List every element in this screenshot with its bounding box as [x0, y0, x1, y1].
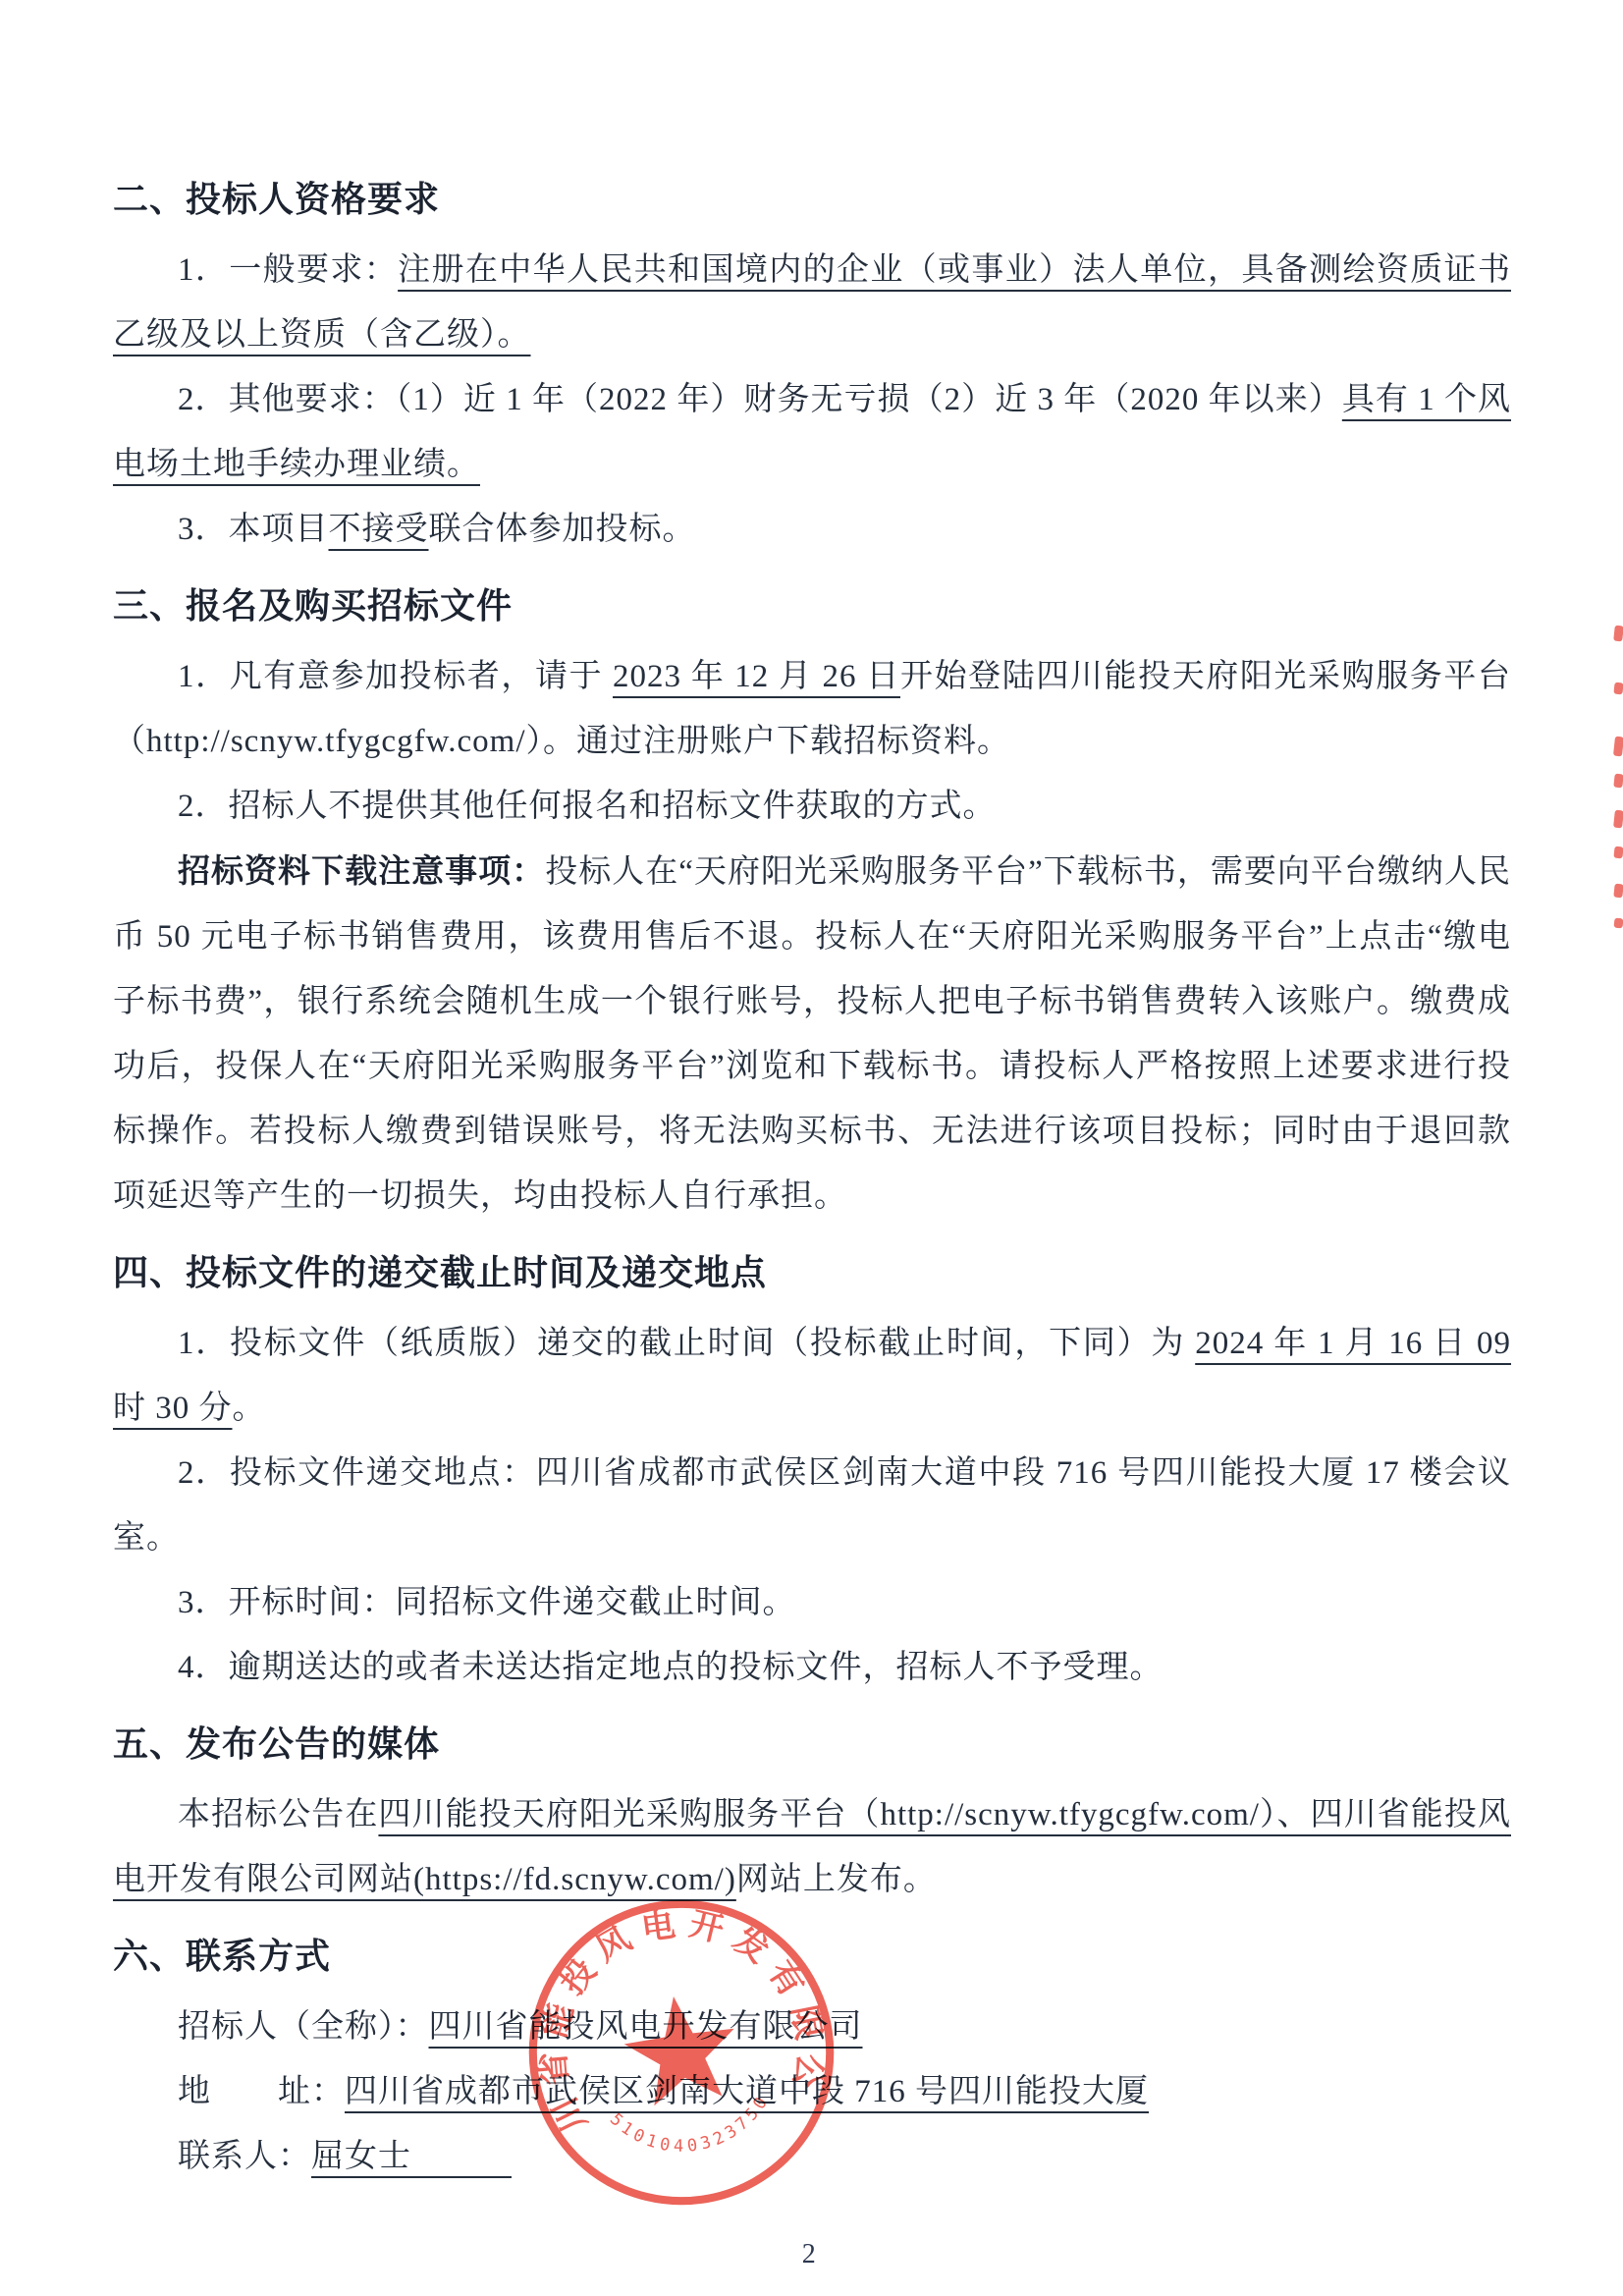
document-page: 二、投标人资格要求1．一般要求：注册在中华人民共和国境内的企业（或事业）法人单位…: [0, 0, 1623, 2296]
section-heading: 五、发布公告的媒体: [113, 1712, 1511, 1777]
paragraph: 4．逾期送达的或者未送达指定地点的投标文件，招标人不予受理。: [113, 1635, 1511, 1700]
paragraph: 2．招标人不提供其他任何报名和招标文件获取的方式。: [113, 774, 1511, 839]
paragraph: 2．其他要求：（1）近 1 年（2022 年）财务无亏损（2）近 3 年（202…: [113, 367, 1511, 497]
underlined-text: 四川省成都市武侯区剑南大道中段 716 号四川能投大厦: [345, 2074, 1149, 2109]
bold-label: 招标资料下载注意事项：: [178, 852, 545, 889]
underlined-text: 四川省能投风电开发有限公司: [429, 2009, 863, 2045]
red-mark: [1613, 847, 1623, 859]
underlined-text: 不接受: [329, 512, 429, 547]
red-mark: [1613, 626, 1623, 642]
red-mark: [1613, 774, 1623, 789]
paragraph: 1．凡有意参加投标者，请于 2023 年 12 月 26 日开始登陆四川能投天府…: [113, 644, 1511, 774]
paragraph: 地 址：四川省成都市武侯区剑南大道中段 716 号四川能投大厦: [113, 2059, 1511, 2124]
paragraph: 2．投标文件递交地点：四川省成都市武侯区剑南大道中段 716 号四川能投大厦 1…: [113, 1441, 1511, 1570]
paragraph: 3．开标时间：同招标文件递交截止时间。: [113, 1570, 1511, 1635]
paragraph: 1．一般要求：注册在中华人民共和国境内的企业（或事业）法人单位，具备测绘资质证书…: [113, 238, 1511, 367]
section-heading: 四、投标文件的递交截止时间及递交地点: [113, 1240, 1511, 1305]
text-run: 联系人：: [178, 2139, 311, 2174]
text-run: 1．一般要求：: [178, 252, 398, 288]
red-mark: [1613, 884, 1623, 899]
underlined-text: 屈女士: [311, 2139, 512, 2174]
text-run: 网站上发布。: [736, 1862, 937, 1897]
red-mark: [1614, 918, 1623, 929]
text-run: 1．凡有意参加投标者，请于: [178, 659, 613, 694]
underlined-text: 2023 年 12 月 26 日: [613, 659, 900, 694]
red-mark: [1613, 683, 1623, 695]
text-run: 4．逾期送达的或者未送达指定地点的投标文件，招标人不予受理。: [178, 1650, 1163, 1685]
text-run: 2．招标人不提供其他任何报名和招标文件获取的方式。: [178, 789, 997, 824]
paragraph: 联系人：屈女士: [113, 2124, 1511, 2189]
paragraph: 1．投标文件（纸质版）递交的截止时间（投标截止时间，下同）为 2024 年 1 …: [113, 1311, 1511, 1441]
paragraph: 本招标公告在四川能投天府阳光采购服务平台（http://scnyw.tfygcg…: [113, 1782, 1511, 1912]
text-run: 1．投标文件（纸质版）递交的截止时间（投标截止时间，下同）为: [178, 1326, 1195, 1361]
red-mark: [1613, 737, 1623, 757]
paragraph: 招标人（全称）：四川省能投风电开发有限公司: [113, 1995, 1511, 2059]
page-number: 2: [802, 2239, 816, 2270]
text-run: 。: [233, 1391, 266, 1426]
text-run: 地 址：: [178, 2074, 345, 2109]
section-heading: 三、报名及购买招标文件: [113, 574, 1511, 638]
text-run: 本招标公告在: [178, 1797, 378, 1832]
red-mark: [1613, 810, 1623, 829]
document-content: 二、投标人资格要求1．一般要求：注册在中华人民共和国境内的企业（或事业）法人单位…: [113, 155, 1511, 2189]
red-margin-marks: [1607, 589, 1623, 962]
paragraph: 招标资料下载注意事项：投标人在“天府阳光采购服务平台”下载标书，需要向平台缴纳人…: [113, 839, 1511, 1229]
section-heading: 六、联系方式: [113, 1924, 1511, 1989]
text-run: 招标人（全称）：: [178, 2009, 429, 2045]
text-run: 2．投标文件递交地点：四川省成都市武侯区剑南大道中段 716 号四川能投大厦 1…: [113, 1455, 1511, 1556]
text-run: 联合体参加投标。: [429, 512, 696, 547]
text-run: 2．其他要求：（1）近 1 年（2022 年）财务无亏损（2）近 3 年（202…: [178, 382, 1342, 417]
text-run: 3．开标时间：同招标文件递交截止时间。: [178, 1585, 796, 1620]
paragraph: 3．本项目不接受联合体参加投标。: [113, 497, 1511, 562]
text-run: 3．本项目: [178, 512, 329, 547]
text-run: 投标人在“天府阳光采购服务平台”下载标书，需要向平台缴纳人民币 50 元电子标书…: [113, 854, 1511, 1214]
section-heading: 二、投标人资格要求: [113, 167, 1511, 232]
